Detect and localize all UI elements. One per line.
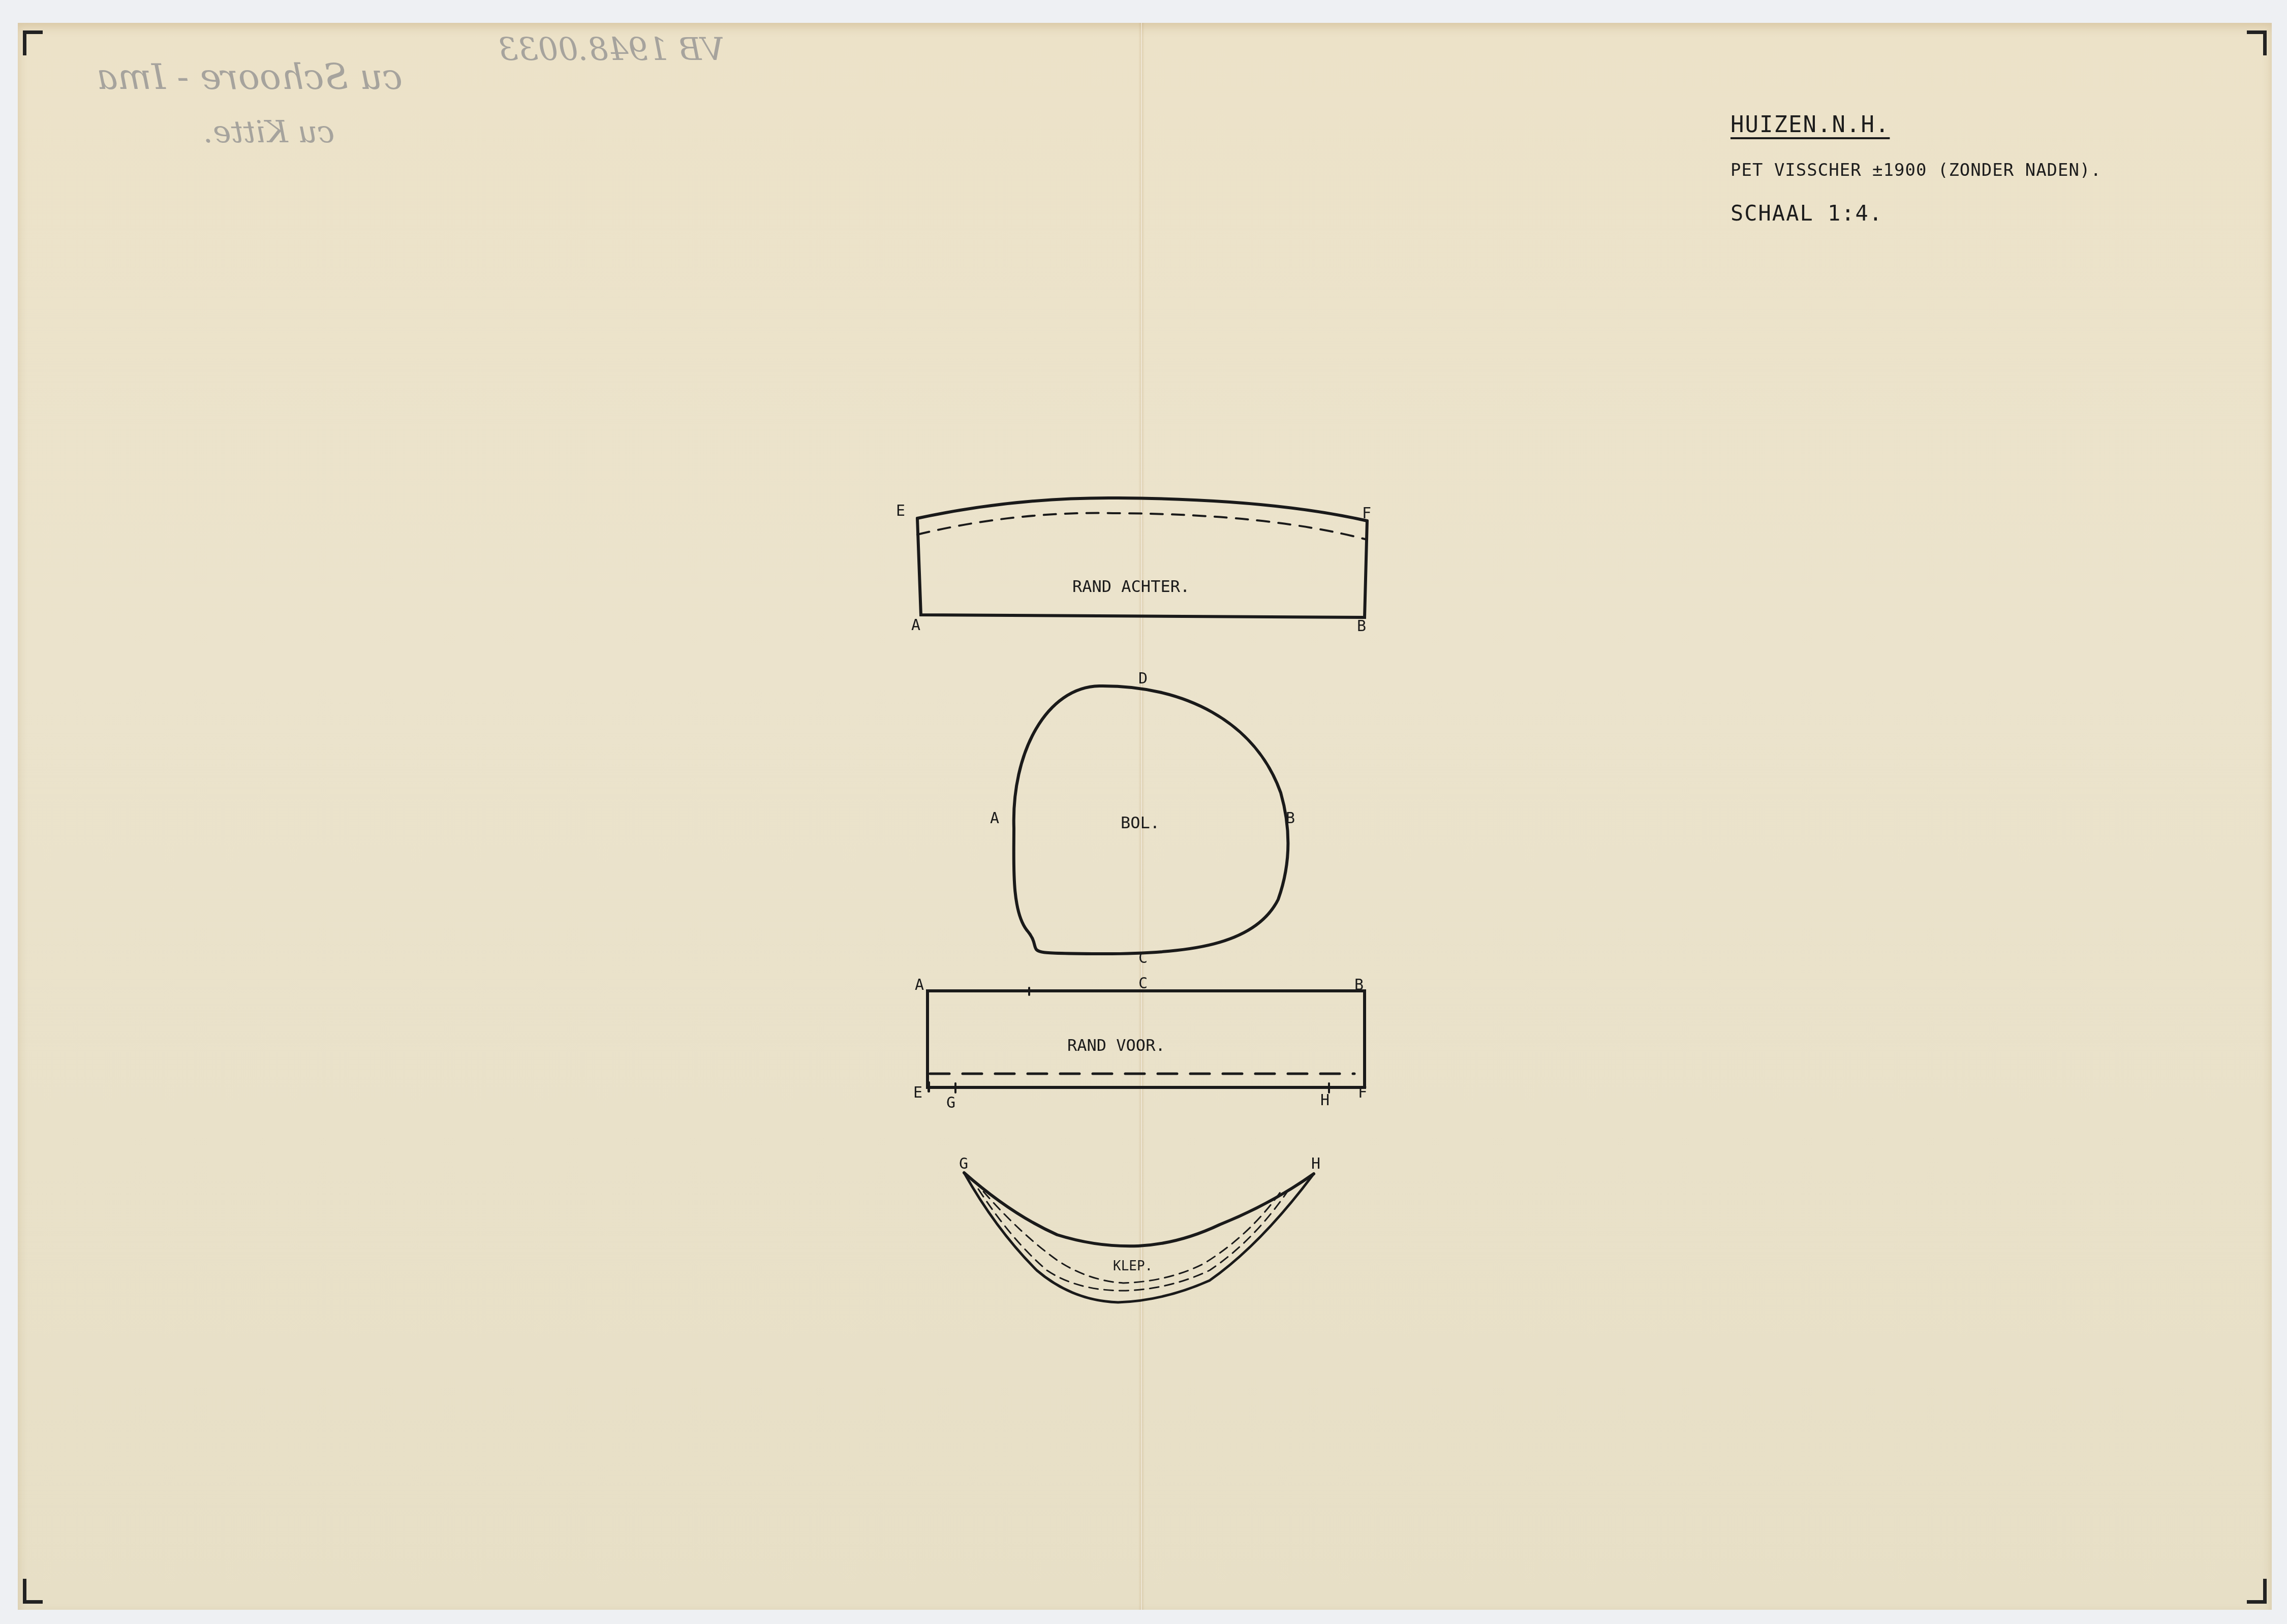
label-c-voor: C — [1138, 975, 1148, 992]
pattern-drawing: E F A B RAND ACHTER. D A B C BOL. A C B … — [0, 0, 2287, 1624]
piece-rand-achter — [917, 498, 1367, 617]
label-f-achter: F — [1362, 505, 1371, 522]
label-b-bol: B — [1286, 809, 1295, 827]
piece-klep — [964, 1173, 1314, 1302]
label-rand-voor: RAND VOOR. — [1067, 1036, 1165, 1055]
label-h-voor: H — [1320, 1091, 1330, 1109]
label-g-klep: G — [959, 1155, 968, 1173]
label-h-klep: H — [1311, 1155, 1320, 1173]
label-f-voor: F — [1358, 1084, 1367, 1102]
label-e-achter: E — [896, 502, 905, 520]
label-a-voor: A — [915, 976, 924, 994]
label-g-voor: G — [946, 1094, 955, 1112]
label-d-bol: D — [1138, 670, 1148, 688]
label-b-achter: B — [1357, 617, 1366, 635]
label-bol: BOL. — [1121, 813, 1160, 832]
label-a-achter: A — [911, 616, 920, 634]
label-c-bol: C — [1138, 949, 1148, 967]
label-klep: KLEP. — [1113, 1259, 1153, 1274]
label-a-bol: A — [990, 809, 999, 827]
label-b-voor: B — [1354, 976, 1364, 994]
label-rand-achter: RAND ACHTER. — [1072, 577, 1190, 596]
label-e-voor: E — [913, 1084, 922, 1102]
